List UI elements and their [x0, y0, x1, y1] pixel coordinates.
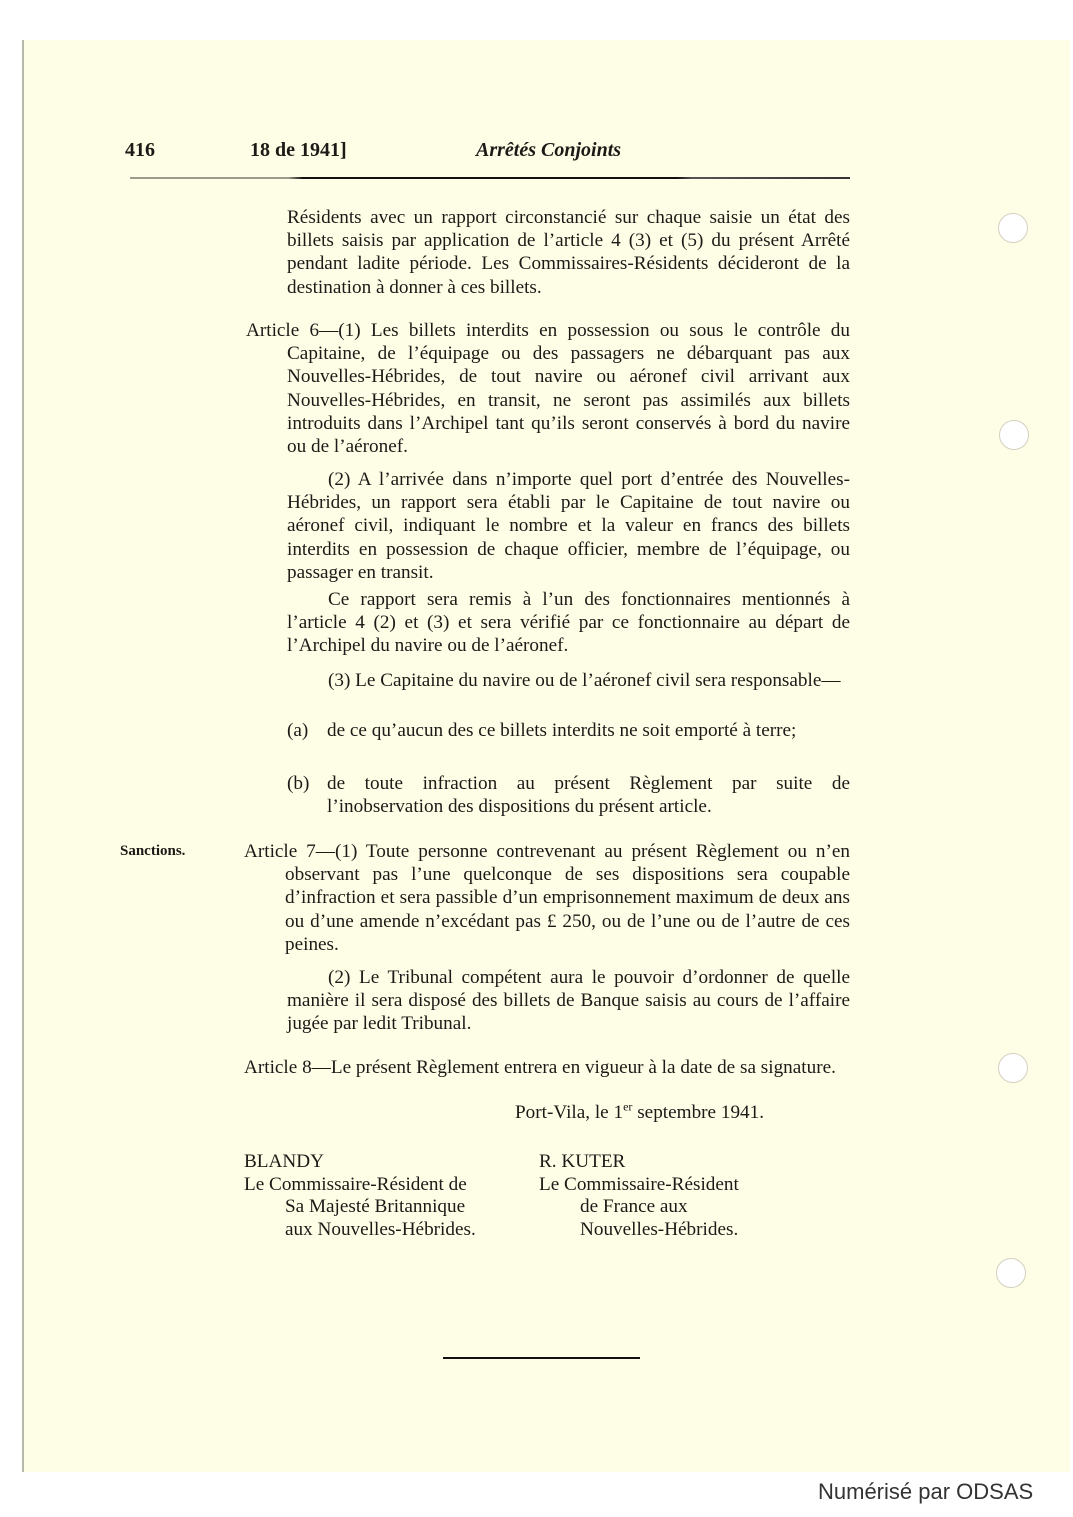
list-item: (a) de ce qu’aucun des ce billets interd… [287, 719, 850, 742]
signatory-title-cont: Sa Majesté Britannique [244, 1196, 476, 1219]
article-7-paragraph-2: (2) Le Tribunal compétent aura le pouvoi… [287, 966, 850, 1036]
end-rule [443, 1357, 640, 1359]
signatory-title-cont: aux Nouvelles-Hébrides. [244, 1219, 476, 1242]
header-title: Arrêtés Conjoints [476, 138, 621, 162]
signatory-title-cont: Nouvelles-Hébrides. [539, 1219, 739, 1242]
punch-hole-icon [996, 1258, 1026, 1288]
signatory-name: R. KUTER [539, 1151, 739, 1174]
punch-hole-icon [999, 420, 1029, 450]
article-6-paragraph-2: (2) A l’arrivée dans n’importe quel port… [287, 468, 850, 584]
dateline-text: Port-Vila, le 1 [515, 1102, 623, 1123]
article-6-paragraph-2b: Ce rapport sera remis à l’un des fonctio… [287, 588, 850, 658]
signature-block-french: R. KUTER Le Commissaire-Résident de Fran… [539, 1151, 739, 1241]
margin-note-sanctions: Sanctions. [120, 840, 185, 863]
signature-block-british: BLANDY Le Commissaire-Résident de Sa Maj… [244, 1151, 476, 1241]
list-item: (b) de toute infraction au présent Règle… [287, 772, 850, 818]
article-6-paragraph-3: (3) Le Capitaine du navire ou de l’aéron… [287, 669, 850, 692]
list-item-label: (a) [287, 719, 327, 742]
article-6-paragraph-1: Article 6—(1) Les billets interdits en p… [246, 319, 850, 458]
dateline: Port-Vila, le 1er septembre 1941. [515, 1101, 764, 1124]
punch-hole-icon [998, 1053, 1028, 1083]
signatory-title: Le Commissaire-Résident de [244, 1174, 476, 1197]
list-item-label: (b) [287, 772, 327, 818]
dateline-year: septembre 1941. [632, 1102, 764, 1123]
page-number: 416 [125, 138, 155, 162]
signatory-title: Le Commissaire-Résident [539, 1174, 739, 1197]
continuation-paragraph: Résidents avec un rapport circonstancié … [287, 206, 850, 299]
header-rule [130, 177, 850, 179]
punch-hole-icon [998, 213, 1028, 243]
header-reference: 18 de 1941] [250, 138, 347, 162]
signatory-title-cont: de France aux [539, 1196, 739, 1219]
article-8-paragraph: Article 8—Le présent Règlement entrera e… [244, 1056, 850, 1079]
digitization-watermark: Numérisé par ODSAS [818, 1479, 1033, 1505]
list-item-text: de toute infraction au présent Règlement… [327, 772, 850, 818]
list-item-text: de ce qu’aucun des ce billets interdits … [327, 719, 850, 742]
signatory-name: BLANDY [244, 1151, 476, 1174]
article-7-paragraph-1: Article 7—(1) Toute personne contrevenan… [244, 840, 850, 956]
